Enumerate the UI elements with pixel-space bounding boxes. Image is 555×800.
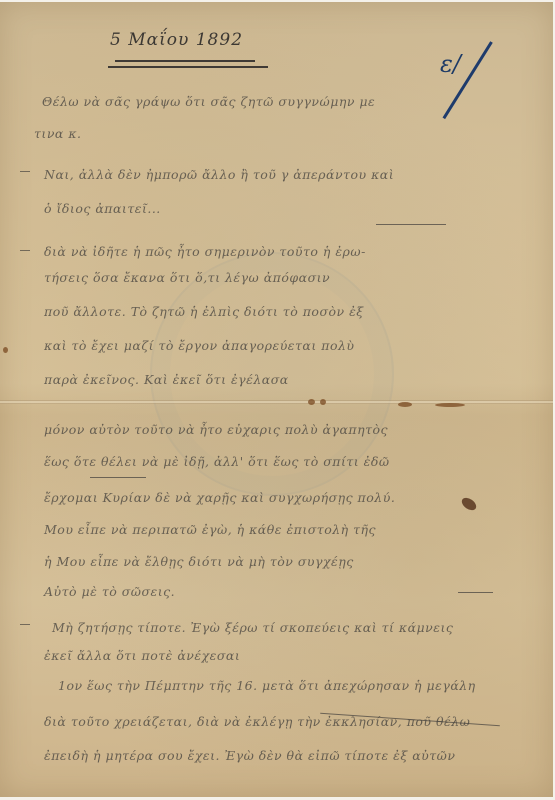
underline-mark: [458, 592, 493, 593]
handwritten-line: ἡ Μου εἶπε νὰ ἔλθῃς διότι νὰ μὴ τὸν συγχ…: [44, 554, 354, 569]
dash-marker: [20, 250, 30, 251]
manuscript-page: 5 Μαΐου 1892 ε/ Θέλω νὰ σᾶς γράψω ὅτι σᾶ…: [0, 2, 553, 797]
rust-stain: [435, 403, 465, 407]
handwritten-line: 1ον ἕως τὴν Πέμπτην τῆς 16. μετὰ ὅτι ἀπε…: [58, 678, 476, 693]
handwritten-line: διὰ τοῦτο χρειάζεται, διὰ νὰ ἐκλέγῃ τὴν …: [44, 714, 470, 729]
handwritten-line: Μὴ ζητήσῃς τίποτε. Ἐγὼ ξέρω τί σκοπεύεις…: [52, 620, 453, 635]
handwritten-line: μόνον αὐτὸν τοῦτο νὰ ἦτο εὐχαρις πολὺ ἀγ…: [44, 422, 388, 437]
rust-stain: [320, 399, 326, 405]
paper-fold-crease: [0, 400, 553, 404]
ink-blot: [460, 495, 479, 512]
handwritten-line: ἕως ὅτε θέλει νὰ μὲ ἰδῇ, ἀλλ' ὅτι ἕως τὸ…: [44, 454, 390, 469]
rust-stain: [3, 347, 8, 353]
dash-marker: [20, 171, 30, 172]
handwritten-line: Μου εἶπε νὰ περιπατῶ ἐγὼ, ἡ κάθε ἐπιστολ…: [44, 522, 376, 537]
rust-stain: [398, 402, 412, 407]
handwritten-line: ποῦ ἄλλοτε. Τὸ ζητῶ ἡ ἐλπὶς διότι τὸ ποσ…: [44, 304, 364, 319]
dash-marker: [20, 624, 30, 625]
handwritten-line: ἔρχομαι Κυρίαν δὲ νὰ χαρῇς καὶ συγχωρήσῃ…: [44, 490, 395, 505]
rust-stain: [308, 399, 315, 405]
date-underline: [115, 60, 255, 62]
handwritten-line: Ναι, ἀλλὰ δὲν ἠμπορῶ ἄλλο ἢ τοῦ γ ἀπεράν…: [44, 167, 394, 182]
underline-mark: [376, 224, 446, 225]
handwritten-line: Αὐτὸ μὲ τὸ σῶσεις.: [44, 584, 175, 599]
handwritten-line: ὁ ἴδιος ἀπαιτεῖ...: [44, 201, 161, 216]
letter-date: 5 Μαΐου 1892: [110, 30, 243, 50]
date-underline-2: [108, 66, 268, 68]
underline-mark: [90, 477, 146, 478]
handwritten-line: τινα κ.: [34, 126, 82, 141]
handwritten-line: ἐπειδὴ ἡ μητέρα σου ἔχει. Ἐγὼ δὲν θὰ εἰπ…: [44, 748, 455, 763]
handwritten-line: τήσεις ὅσα ἔκανα ὅτι ὅ,τι λέγω ἀπόφασιν: [44, 270, 330, 285]
handwritten-line: ἐκεῖ ἄλλα ὅτι ποτὲ ἀνέχεσαι: [44, 648, 240, 663]
handwritten-line: παρὰ ἐκεῖνος. Καὶ ἐκεῖ ὅτι ἐγέλασα: [44, 372, 289, 387]
handwritten-line: Θέλω νὰ σᾶς γράψω ὅτι σᾶς ζητῶ συγγνώμην…: [42, 94, 375, 109]
folio-mark: ε/: [440, 50, 461, 78]
handwritten-line: διὰ νὰ ἰδῆτε ἡ πῶς ἦτο σημερινὸν τοῦτο ἡ…: [44, 244, 366, 259]
handwritten-line: καὶ τὸ ἔχει μαζί τὸ ἔργον ἀπαγορεύεται π…: [44, 338, 355, 353]
